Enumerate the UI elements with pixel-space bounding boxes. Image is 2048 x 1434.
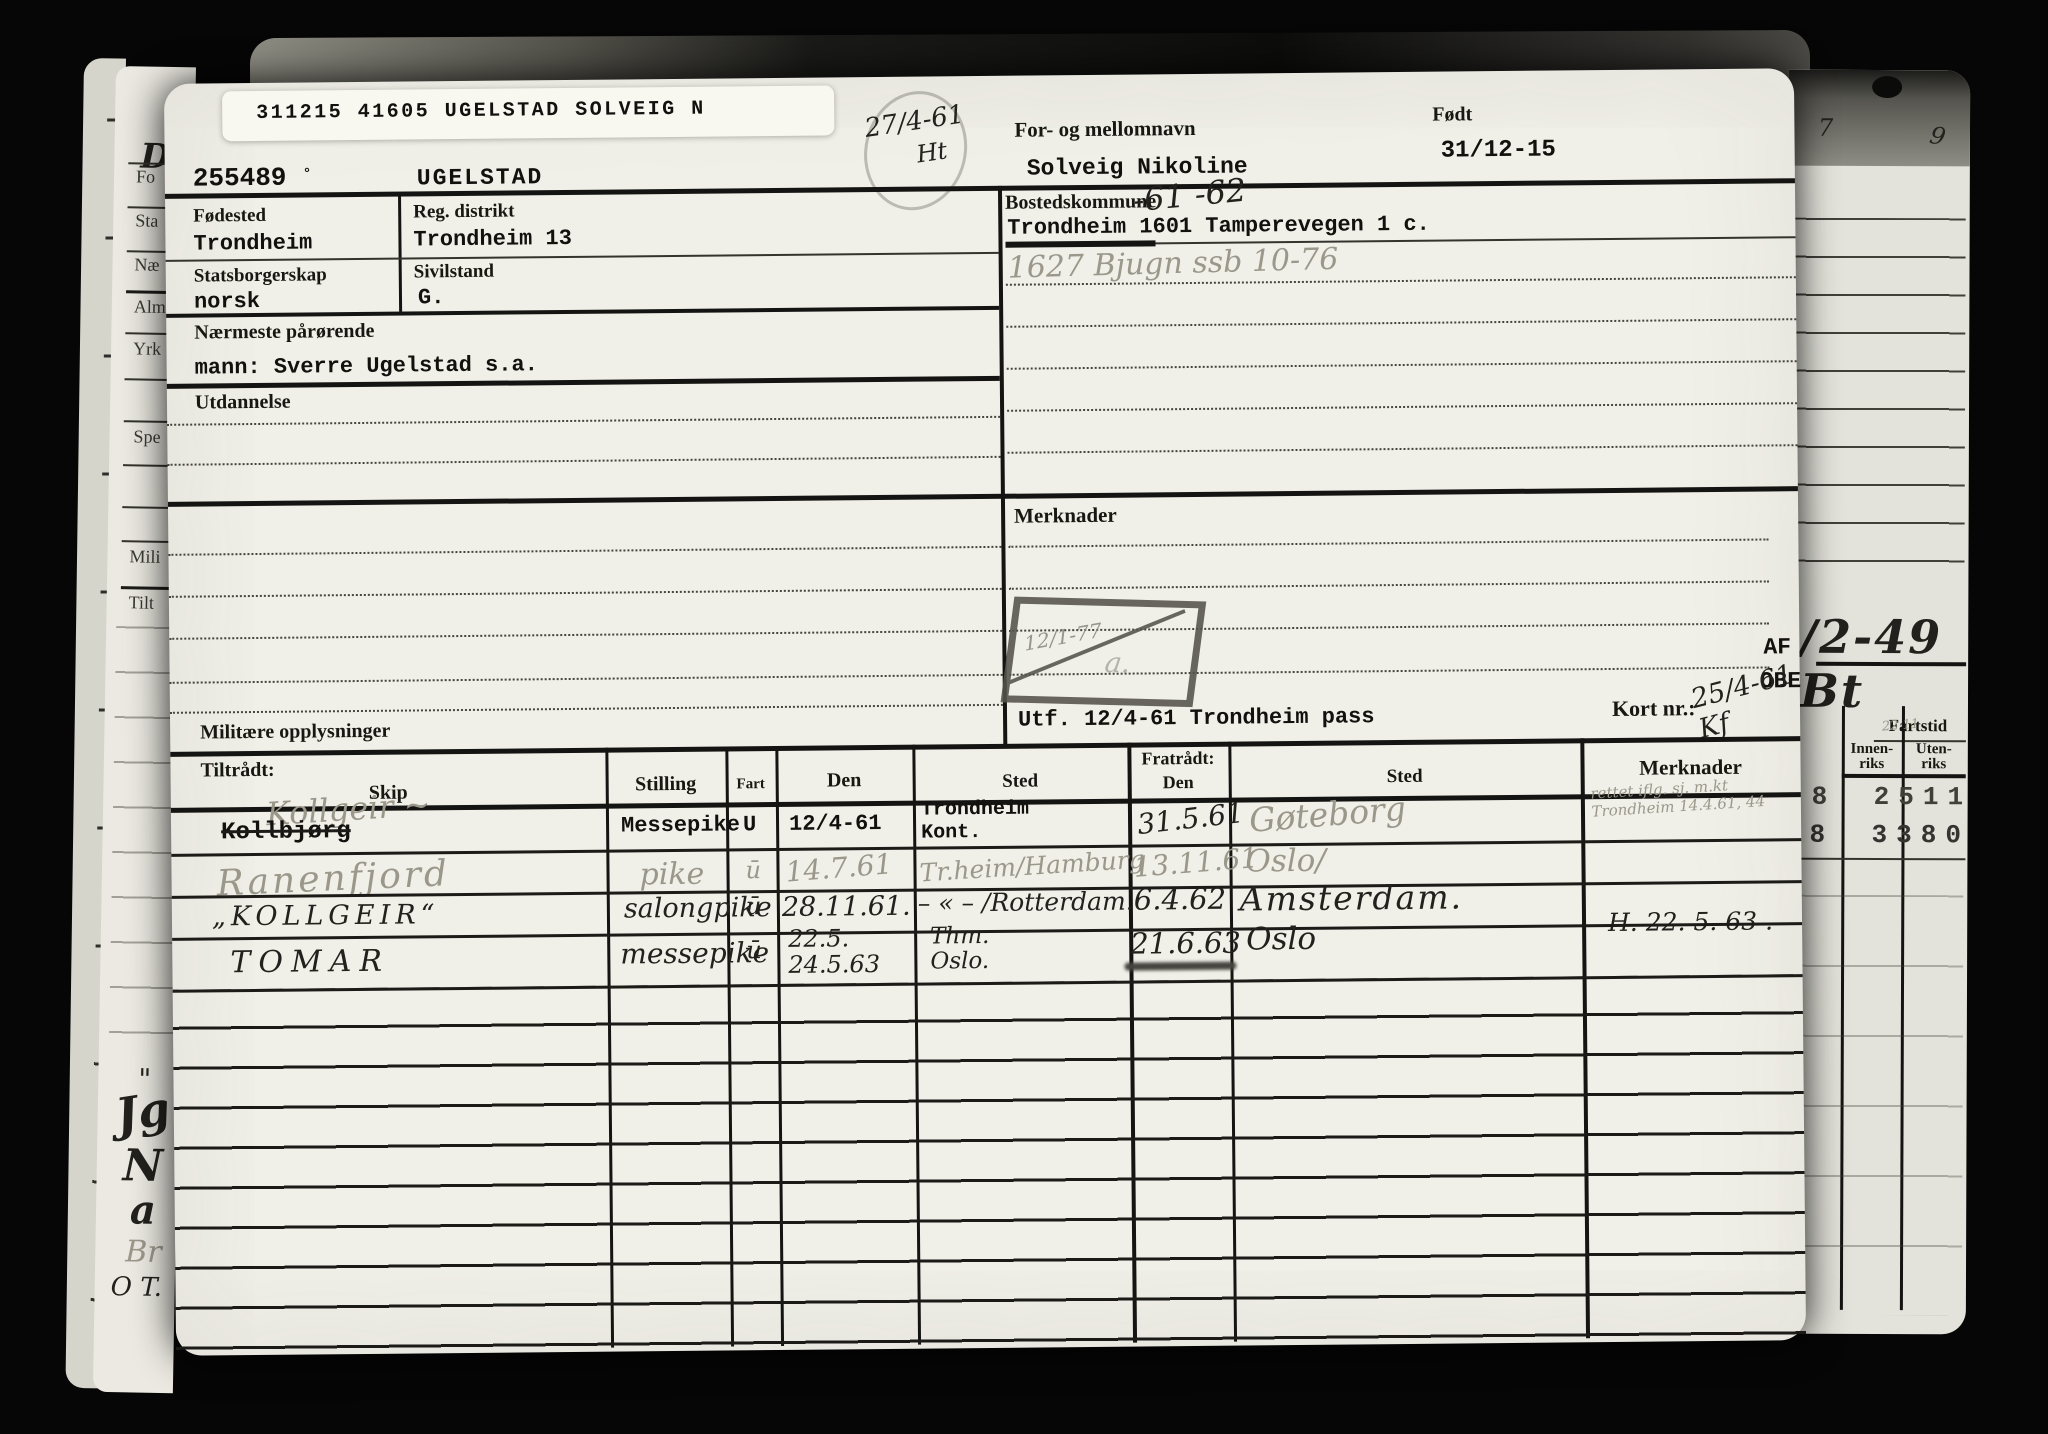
row-ship: Kollbjørg	[221, 818, 351, 846]
handwriting-fragment: N	[122, 1140, 163, 1192]
citizenship-label: Statsborgerskap	[194, 264, 327, 287]
empty-table-rows	[173, 974, 1806, 1352]
row-trade: ū	[745, 856, 761, 884]
row-position: Messepike	[621, 812, 740, 838]
rule-line	[1842, 774, 1966, 778]
table-place-header: Sted	[913, 770, 1128, 794]
edge-label-alm: Alm	[134, 296, 166, 318]
row-place: Trondheim Kont.	[921, 798, 1029, 845]
table-joined-label: Tiltrådt:	[200, 759, 274, 783]
innenriks-header: Innen- riks	[1843, 742, 1901, 772]
edge-label-statsborgerskap: Sta	[135, 210, 158, 231]
handwriting-fragment: Br	[125, 1234, 162, 1270]
section-line	[168, 486, 1798, 507]
row-left-date: 13.11.61	[1132, 841, 1259, 884]
marital-value: G.	[418, 285, 445, 310]
dotted-rule	[1008, 538, 1768, 547]
card-number-label: Kort nr.:	[1612, 695, 1696, 722]
af-mark: AF	[1763, 634, 1791, 660]
stamp-pencil-initial: a.	[1103, 646, 1133, 680]
table-remarks-header: Merknader	[1580, 754, 1800, 781]
citizenship-value: norsk	[194, 289, 260, 315]
ruled-lines-lower	[1784, 895, 1963, 1316]
dotted-rule	[170, 674, 1003, 684]
marital-label: Sivilstand	[414, 261, 494, 284]
table-date-header: Den	[776, 769, 913, 793]
handwriting-fragment: O T.	[110, 1272, 162, 1303]
dotted-rule	[1007, 360, 1797, 370]
dotted-rule	[169, 588, 1002, 598]
table-top-line	[170, 736, 1800, 757]
row-position: pike	[639, 857, 704, 893]
edge-label-tiltradt: Tilt	[128, 592, 154, 613]
residence-pencil-note: 1627 Bjugn ssb 10-76	[1007, 242, 1338, 286]
edge-label-naermeste: Næ	[134, 254, 159, 275]
remarks-label: Merknader	[1014, 503, 1117, 529]
row-place: – « – /Rotterdam.	[918, 887, 1134, 918]
row-place: Thm. Oslo.	[930, 924, 990, 975]
military-label: Militære opplysninger	[200, 720, 390, 745]
row-left-place: Oslo	[1246, 921, 1316, 958]
handwritten-digit: 7	[1818, 114, 1833, 142]
handwritten-note: /2-49 Bt	[1800, 610, 1968, 719]
row-left-date: 21.6.63	[1130, 926, 1241, 961]
row-ship: „KOLLGEIR“	[212, 899, 440, 932]
edge-label-spesial: Spe	[133, 426, 160, 447]
handwriting-fragment: a	[130, 1186, 157, 1233]
handwritten-initials: Ht	[915, 136, 949, 168]
underlying-card-right: 7 9 /2-49 Bt Fartstid Innen- riks Uten- …	[1784, 70, 1970, 1335]
next-of-kin-value: mann: Sverre Ugelstad s.a.	[195, 352, 538, 380]
next-of-kin-label: Nærmeste pårørende	[194, 320, 374, 345]
row-ship: TOMAR	[230, 944, 390, 981]
row-trade: ū	[746, 892, 762, 920]
row-left-date: 6.4.62	[1134, 882, 1227, 917]
underline-smudge	[1124, 962, 1236, 971]
district-value: Trondheim 13	[413, 226, 572, 253]
residence-value: Trondheim 1601 Tamperevegen 1 c.	[1007, 212, 1430, 241]
id-label-sticker: 311215 41605 UGELSTAD SOLVEIG N	[222, 85, 834, 141]
row-remarks-pencil: rettet iflg. sj. m.kt Trondheim 14.4.61,…	[1590, 774, 1766, 821]
section-line	[165, 178, 1795, 199]
rule-line	[1785, 858, 1965, 861]
district-label: Reg. distrikt	[413, 200, 515, 223]
birthplace-value: Trondheim	[193, 230, 312, 256]
education-label: Utdannelse	[195, 391, 291, 415]
row-left-place: Amsterdam.	[1240, 877, 1464, 918]
handwriting-fragment: Jg	[112, 1081, 174, 1143]
pencil-note: 22 11	[1881, 717, 1919, 735]
dotted-rule	[1008, 444, 1798, 454]
dotted-rule	[170, 704, 1003, 714]
row-left-place: Oslo/	[1245, 843, 1326, 880]
row-date: 28.11.61.	[782, 891, 911, 923]
edge-label-militaere: Mili	[129, 546, 160, 568]
dotted-rule	[167, 416, 1000, 426]
register-number-mark: °	[303, 166, 312, 182]
edge-label-fodested: Fo	[136, 166, 155, 187]
row-date: 22.5. 24.5.63	[788, 925, 880, 978]
utenriks-header: Uten- riks	[1904, 742, 1964, 772]
table-position-header: Stilling	[606, 772, 726, 796]
passport-issued-value: Utf. 12/4-61 Trondheim pass	[1018, 704, 1375, 732]
fartstid-value: 8	[1812, 782, 1828, 812]
fartstid-value: 2511	[1874, 782, 1971, 812]
born-value: 31/12-15	[1441, 136, 1556, 164]
fartstid-value: 8	[1809, 820, 1825, 850]
section-line	[166, 306, 999, 318]
born-label: Født	[1432, 103, 1472, 126]
dotted-rule	[168, 456, 1001, 466]
dotted-rule	[1006, 318, 1796, 328]
edge-label-yrke: Yrk	[133, 338, 161, 359]
field-divider-line	[398, 194, 402, 312]
scanned-register-card-page: D Fo Sta Næ Alm Yrk Spe Mili Tilt " Jg N…	[0, 0, 2048, 1434]
table-left-date-header: Den	[1128, 772, 1229, 794]
row-date: 12/4-61	[789, 811, 882, 837]
given-name-label: For- og mellomnavn	[1014, 116, 1195, 143]
dotted-rule	[168, 546, 1001, 556]
row-trade: ū	[746, 936, 762, 964]
rubber-stamp-box: 12/1-77 a.	[1001, 597, 1207, 708]
table-trade-header: Fart	[726, 776, 776, 793]
row-date: 14.7.61	[784, 847, 893, 888]
dotted-rule	[169, 630, 1002, 640]
dotted-rule	[1007, 402, 1797, 412]
register-number: 255489	[193, 163, 287, 194]
id-strip-text: 311215 41605 UGELSTAD SOLVEIG N	[256, 98, 706, 125]
ink-blot	[1872, 76, 1902, 98]
fartstid-value: 3380	[1871, 820, 1970, 850]
surname-value: UGELSTAD	[417, 164, 544, 191]
seaman-register-card: 311215 41605 UGELSTAD SOLVEIG N 27/4-61 …	[164, 68, 1806, 1356]
table-left-header: Fratrådt:	[1127, 748, 1228, 770]
birthplace-label: Fødested	[193, 205, 266, 228]
row-place: Tr.heim/Hamburg	[919, 845, 1146, 888]
table-left-place-header: Sted	[1229, 764, 1581, 789]
card-number-handwritten: 25/4-61 Kf	[1688, 658, 1806, 745]
dotted-rule	[1009, 580, 1769, 589]
row-trade: U	[743, 812, 756, 837]
ruled-lines-upper	[1786, 218, 1965, 581]
